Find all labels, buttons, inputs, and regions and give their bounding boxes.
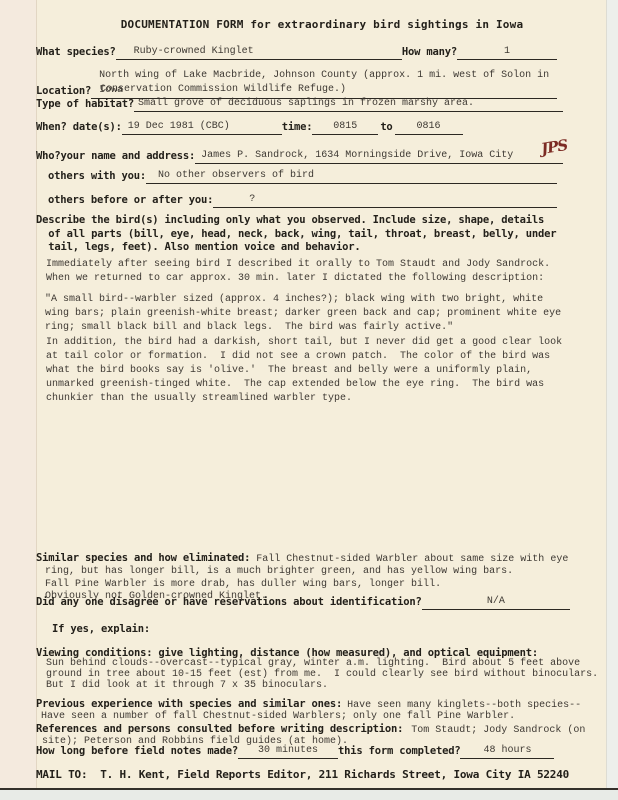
form-content: DOCUMENTATION FORM for extraordinary bir…: [36, 0, 608, 790]
form-completed-underline: 48 hours: [460, 743, 554, 759]
viewing-conditions-text: Sun behind clouds--overcast--typical gra…: [46, 659, 598, 691]
time-from-value: 0815: [312, 119, 378, 134]
habitat-row: Type of habitat? Small grove of deciduou…: [36, 96, 563, 112]
species-row: What species? Ruby-crowned Kinglet How m…: [36, 44, 557, 60]
when-label: When? date(s):: [36, 120, 122, 135]
if-yes-label: If yes, explain:: [52, 622, 150, 637]
disagree-row: Did any one disagree or have reservation…: [36, 594, 570, 610]
when-row: When? date(s): 19 Dec 1981 (CBC) time: 0…: [36, 119, 478, 135]
who-value: James P. Sandrock, 1634 Morningside Driv…: [195, 148, 563, 163]
others-with-row: others with you: No other observers of b…: [48, 168, 557, 184]
who-underline: James P. Sandrock, 1634 Morningside Driv…: [195, 148, 563, 164]
others-before-value: ?: [213, 192, 557, 207]
others-with-underline: No other observers of bird: [146, 168, 557, 184]
others-before-underline: ?: [213, 192, 557, 208]
time-to-underline: 0816: [395, 119, 463, 135]
who-label: Who?your name and address:: [36, 149, 195, 164]
habitat-value: Small grove of deciduous saplings in fro…: [134, 96, 563, 111]
species-value: Ruby-crowned Kinglet: [116, 44, 402, 59]
references-first-line: Tom Staudt; Jody Sandrock (on: [403, 725, 585, 736]
who-row: Who?your name and address: James P. Sand…: [36, 148, 563, 164]
similar-species-first-line: Fall Chestnut-sided Warbler about same s…: [250, 554, 568, 565]
location-value-line2: Conservation Commission Wildlife Refuge.…: [100, 82, 346, 97]
habitat-label: Type of habitat?: [36, 97, 134, 112]
time-from-underline: 0815: [312, 119, 378, 135]
scanned-documentation-form: DOCUMENTATION FORM for extraordinary bir…: [0, 0, 618, 800]
field-notes-value: 30 minutes: [238, 743, 338, 758]
disagree-label: Did any one disagree or have reservation…: [36, 595, 422, 610]
description-paragraph-3: In addition, the bird had a darkish, sho…: [46, 336, 562, 406]
field-notes-underline: 30 minutes: [238, 743, 338, 759]
others-with-value: No other observers of bird: [146, 168, 557, 183]
species-label: What species?: [36, 45, 116, 60]
habitat-underline: Small grove of deciduous saplings in fro…: [134, 96, 563, 112]
description-paragraph-2: "A small bird--warbler sized (approx. 4 …: [45, 293, 561, 335]
previous-experience-first-line: Have seen many kinglets--both species--: [342, 700, 581, 711]
others-before-row: others before or after you: ?: [48, 192, 557, 208]
similar-species-label: Similar species and how eliminated:: [36, 552, 250, 564]
how-many-label: How many?: [402, 45, 457, 60]
disagree-value: N/A: [422, 594, 570, 609]
references-label: References and persons consulted before …: [36, 723, 403, 735]
species-underline: Ruby-crowned Kinglet: [116, 44, 402, 60]
describe-instruction: Describe the bird(s) including only what…: [36, 214, 556, 255]
date-underline: 19 Dec 1981 (CBC): [122, 119, 282, 135]
others-with-label: others with you:: [48, 169, 146, 184]
others-before-label: others before or after you:: [48, 193, 213, 208]
time-to-value: 0816: [395, 119, 463, 134]
disagree-underline: N/A: [422, 594, 570, 610]
previous-experience-label: Previous experience with species and sim…: [36, 698, 342, 710]
form-completed-value: 48 hours: [460, 743, 554, 758]
field-notes-label: How long before field notes made?: [36, 744, 238, 759]
form-title: DOCUMENTATION FORM for extraordinary bir…: [36, 18, 608, 31]
date-value: 19 Dec 1981 (CBC): [122, 119, 282, 134]
form-completed-label: this form completed?: [338, 744, 460, 759]
how-many-underline: 1: [457, 44, 557, 60]
time-label: time:: [282, 120, 313, 135]
handwritten-initials: JPS: [540, 136, 569, 158]
page-left-margin: [0, 0, 37, 800]
mail-to-line: MAIL TO: T. H. Kent, Field Reports Edito…: [36, 767, 569, 782]
how-many-value: 1: [457, 44, 557, 59]
how-long-row: How long before field notes made? 30 min…: [36, 743, 563, 759]
description-paragraph-1: Immediately after seeing bird I describe…: [46, 258, 550, 286]
to-label: to: [378, 120, 394, 135]
